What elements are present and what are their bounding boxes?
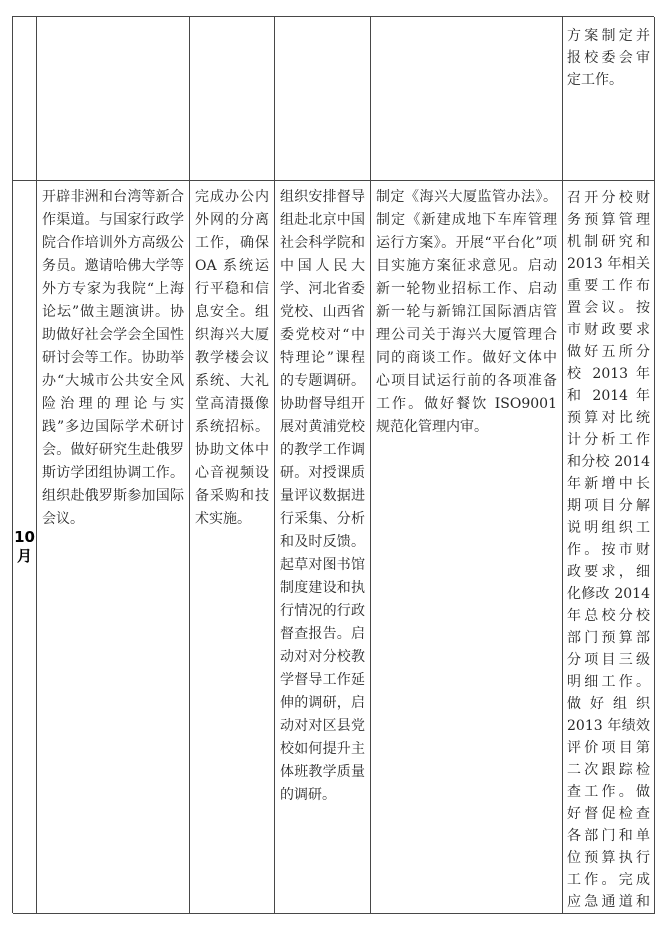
month-label-cell-continuation	[13, 17, 37, 181]
cell-foreign-affairs-continuation	[37, 17, 190, 181]
cell-finance-october: 召开分校财务预算管理机制研究和 2013 年相关重要工作布置会议。按市财政要求做…	[563, 181, 655, 914]
cell-property-management-october: 制定《海兴大厦监管办法》。制定《新建成地下车库管理运行方案》。开展“平台化”项目…	[371, 181, 563, 914]
cell-it-network-continuation	[190, 17, 275, 181]
cell-teaching-supervision-continuation	[275, 17, 371, 181]
cell-it-network-october: 完成办公内外网的分离工作，确保 OA 系统运行平稳和信息安全。组织海兴大厦教学楼…	[190, 181, 275, 914]
monthly-work-schedule-table: 方案制定并报校委会审定工作。 10月 开辟非洲和台湾等新合作渠道。与国家行政学院…	[12, 16, 654, 913]
scanned-document-page: 方案制定并报校委会审定工作。 10月 开辟非洲和台湾等新合作渠道。与国家行政学院…	[0, 0, 662, 936]
month-label-cell-october: 10月	[13, 181, 37, 914]
cell-foreign-affairs-october: 开辟非洲和台湾等新合作渠道。与国家行政学院合作培训外方高级公务员。邀请哈佛大学等…	[37, 181, 190, 914]
cell-finance-continuation: 方案制定并报校委会审定工作。	[563, 17, 655, 181]
cell-teaching-supervision-october: 组织安排督导组赴北京中国社会科学院和中国人民大学、河北省委党校、山西省委党校对“…	[275, 181, 371, 914]
cell-property-management-continuation	[371, 17, 563, 181]
